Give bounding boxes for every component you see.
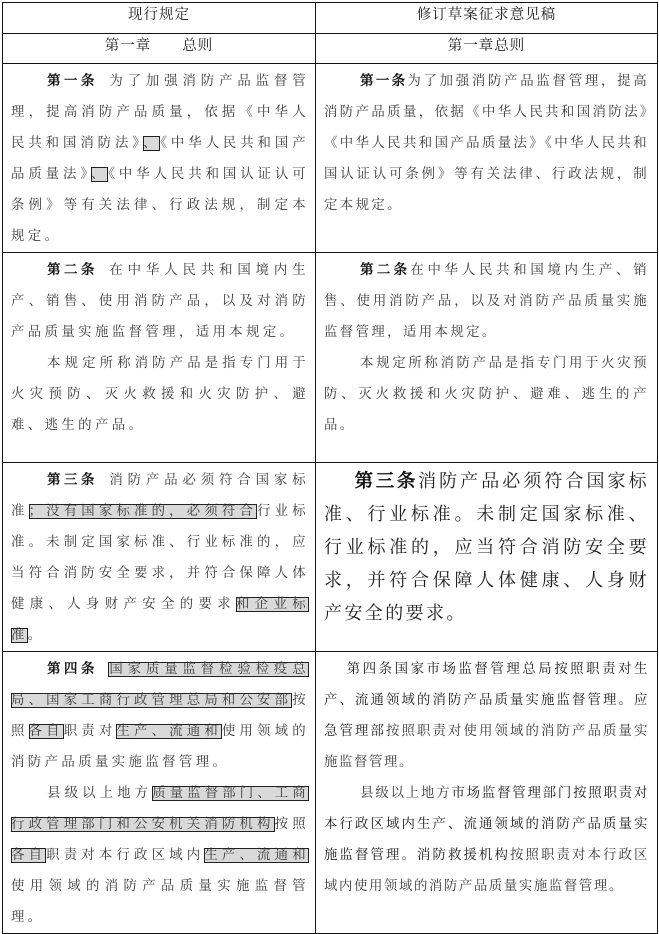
article-label: 第三条 [355, 471, 418, 492]
chapter-title-right: 第一章总则 [316, 34, 658, 64]
chapter-row: 第一章 总则 第一章总则 [3, 34, 658, 64]
article-row-1: 第一条为了加强消防产品监督管理，提高消防产品质量，依据《中华人民共和国消防法》、… [3, 64, 658, 253]
article-3-revised: 第三条消防产品必须符合国家标准、行业标准。未制定国家标准、行业标准的，应当符合消… [316, 463, 658, 652]
article-label: 第一条 [360, 74, 407, 89]
article-3-revised-text: 第三条消防产品必须符合国家标准、行业标准。未制定国家标准、行业标准的，应当符合消… [324, 465, 649, 630]
article-1-revised-text: 第一条为了加强消防产品监督管理，提高消防产品质量，依据《中华人民共和国消防法》《… [324, 66, 649, 221]
article-2-current-text: 第二条在中华人民共和国境内生产、销售、使用消防产品，以及对消防产品质量实施监督管… [11, 255, 309, 348]
article-3-current-text: 第三条消防产品必须符合国家标准；没有国家标准的，必须符合行业标准。未制定国家标准… [11, 465, 309, 651]
header-current-regulation: 现行规定 [3, 3, 316, 34]
article-4-current: 第四条国家质量监督检验检疫总局、国家工商行政管理总局和公安部按照各自职责对生产、… [3, 652, 316, 911]
header-row: 现行规定 修订草案征求意见稿 [3, 3, 658, 34]
article-label: 第三条 [47, 473, 98, 488]
chapter-title-left: 第一章 总则 [3, 34, 316, 64]
article-4-current-para2: 县级以上地方质量监督部门、工商行政管理部门和公安机关消防机构按照各自职责对本行政… [11, 778, 309, 910]
article-3-current: 第三条消防产品必须符合国家标准；没有国家标准的，必须符合行业标准。未制定国家标准… [3, 463, 316, 652]
header-revised-draft: 修订草案征求意见稿 [316, 3, 658, 34]
article-2-revised-text: 第二条在中华人民共和国境内生产、销售、使用消防产品，以及对消防产品质量实施监督管… [324, 255, 649, 348]
article-label: 第一条 [47, 74, 98, 89]
article-4-revised-para2: 县级以上地方市场监督管理部门按照职责对本行政区域内生产、流通领域的消防产品质量实… [324, 778, 649, 902]
highlighted-change: 、 [91, 167, 108, 182]
article-4-current-text: 第四条国家质量监督检验检疫总局、国家工商行政管理总局和公安部按照各自职责对生产、… [11, 654, 309, 778]
highlighted-change: 生产、流通和 [204, 848, 309, 863]
highlighted-change: 各自 [11, 848, 46, 863]
article-row-2: 第二条在中华人民共和国境内生产、销售、使用消防产品，以及对消防产品质量实施监督管… [3, 253, 658, 463]
article-1-current: 第一条为了加强消防产品监督管理，提高消防产品质量，依据《中华人民共和国消防法》、… [3, 64, 316, 253]
highlighted-change: 、 [143, 136, 160, 151]
article-1-revised: 第一条为了加强消防产品监督管理，提高消防产品质量，依据《中华人民共和国消防法》《… [316, 64, 658, 253]
article-label: 第二条 [360, 263, 410, 278]
article-2-revised: 第二条在中华人民共和国境内生产、销售、使用消防产品，以及对消防产品质量实施监督管… [316, 253, 658, 463]
article-label: 第四条 [347, 662, 395, 677]
article-label: 第二条 [47, 263, 98, 278]
article-4-revised: 第四条国家市场监督管理总局按照职责对生产、流通领域的消防产品质量实施监督管理。应… [316, 652, 658, 911]
article-2-current: 第二条在中华人民共和国境内生产、销售、使用消防产品，以及对消防产品质量实施监督管… [3, 253, 316, 463]
article-row-3: 第三条消防产品必须符合国家标准；没有国家标准的，必须符合行业标准。未制定国家标准… [3, 463, 658, 652]
article-row-4: 第四条国家质量监督检验检疫总局、国家工商行政管理总局和公安部按照各自职责对生产、… [3, 652, 658, 911]
highlighted-change: ；没有国家标准的，必须符合 [29, 504, 257, 519]
highlighted-change: 生产、流通和 [116, 724, 221, 739]
article-4-revised-text: 第四条国家市场监督管理总局按照职责对生产、流通领域的消防产品质量实施监督管理。应… [324, 654, 649, 778]
highlighted-change: 各自 [29, 724, 64, 739]
article-2-current-para2: 本规定所称消防产品是指专门用于火灾预防、灭火救援和火灾防护、避难、逃生的产品。 [11, 348, 309, 441]
regulation-comparison-table: 现行规定 修订草案征求意见稿 第一章 总则 第一章总则 第一条为了加强消防产品监… [2, 2, 658, 910]
article-1-current-text: 第一条为了加强消防产品监督管理，提高消防产品质量，依据《中华人民共和国消防法》、… [11, 66, 309, 252]
article-2-revised-para2: 本规定所称消防产品是指专门用于火灾预防、灭火救援和火灾防护、避难、逃生的产品。 [324, 348, 649, 441]
article-label: 第四条 [47, 662, 98, 677]
